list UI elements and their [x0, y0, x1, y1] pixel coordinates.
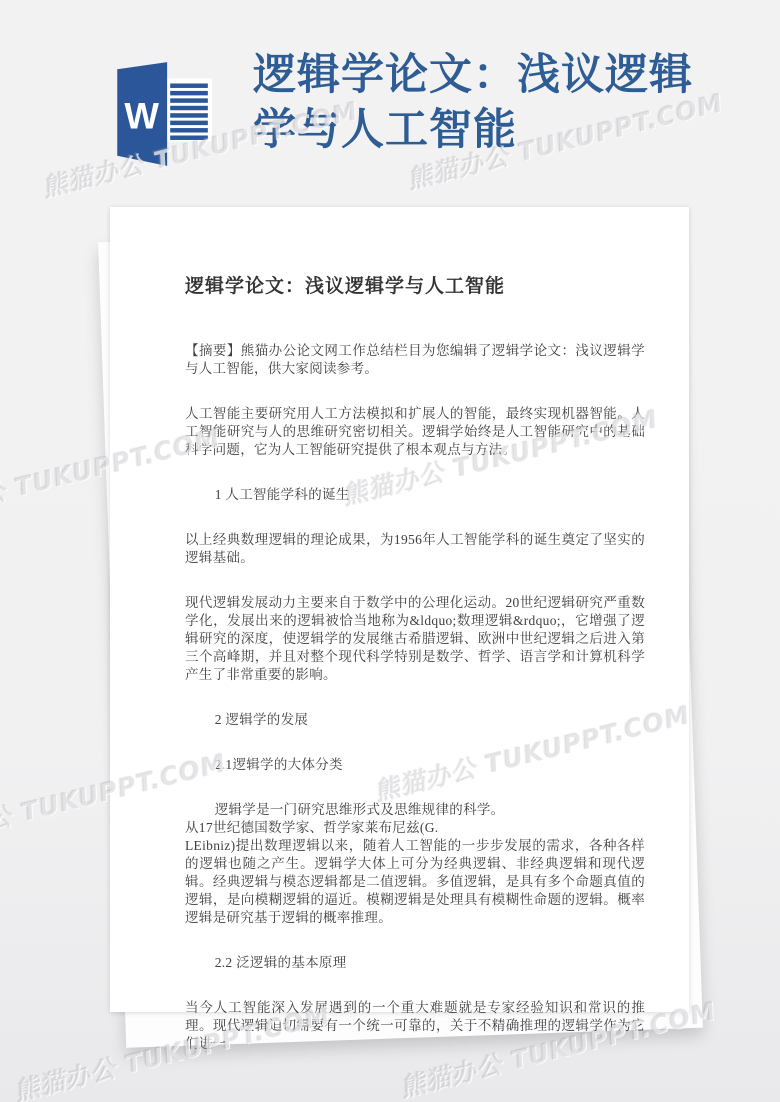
document-page: 逻辑学论文：浅议逻辑学与人工智能 【摘要】熊猫办公论文网工作总结栏目为您编辑了逻… — [110, 207, 689, 1012]
document-paragraph: 当今人工智能深入发展遇到的一个重大难题就是专家经验知识和常识的推理。现代逻辑迫切… — [185, 999, 645, 1053]
document-paragraph: 2 逻辑学的发展 — [185, 711, 645, 729]
svg-text:W: W — [124, 95, 159, 136]
document-paragraph: 逻辑学是一门研究思维形式及思维规律的科学。 — [185, 801, 645, 819]
document-paragraph: 以上经典数理逻辑的理论成果，为1956年人工智能学科的诞生奠定了坚实的逻辑基础。 — [185, 531, 645, 567]
document-paragraph: 1 人工智能学科的诞生 — [185, 486, 645, 504]
page-background: W 逻辑学论文：浅议逻辑学与人工智能 逻辑学论文：浅议逻辑学与人工智能 【摘要】… — [0, 0, 780, 1102]
document-body: 【摘要】熊猫办公论文网工作总结栏目为您编辑了逻辑学论文：浅议逻辑学与人工智能，供… — [185, 342, 645, 1053]
document-title: 逻辑学论文：浅议逻辑学与人工智能 — [185, 271, 645, 298]
page-title: 逻辑学论文：浅议逻辑学与人工智能 — [253, 48, 725, 158]
document-paragraph: 【摘要】熊猫办公论文网工作总结栏目为您编辑了逻辑学论文：浅议逻辑学与人工智能，供… — [185, 342, 645, 378]
document-paragraph: 人工智能主要研究用人工方法模拟和扩展人的智能，最终实现机器智能。人工智能研究与人… — [185, 405, 645, 459]
document-paragraph: 从17世纪德国数学家、哲学家莱布尼兹(G. — [185, 819, 645, 837]
document-paragraph: 现代逻辑发展动力主要来自于数学中的公理化运动。20世纪逻辑研究严重数学化，发展出… — [185, 594, 645, 684]
document-paragraph: 2.1逻辑学的大体分类 — [185, 756, 645, 774]
word-icon-graphic: W — [106, 56, 214, 170]
word-file-icon: W — [106, 56, 214, 170]
document-paragraph: 2.2 泛逻辑的基本原理 — [185, 954, 645, 972]
document-paragraph: LEibniz)提出数理逻辑以来，随着人工智能的一步步发展的需求，各种各样的逻辑… — [185, 837, 645, 927]
